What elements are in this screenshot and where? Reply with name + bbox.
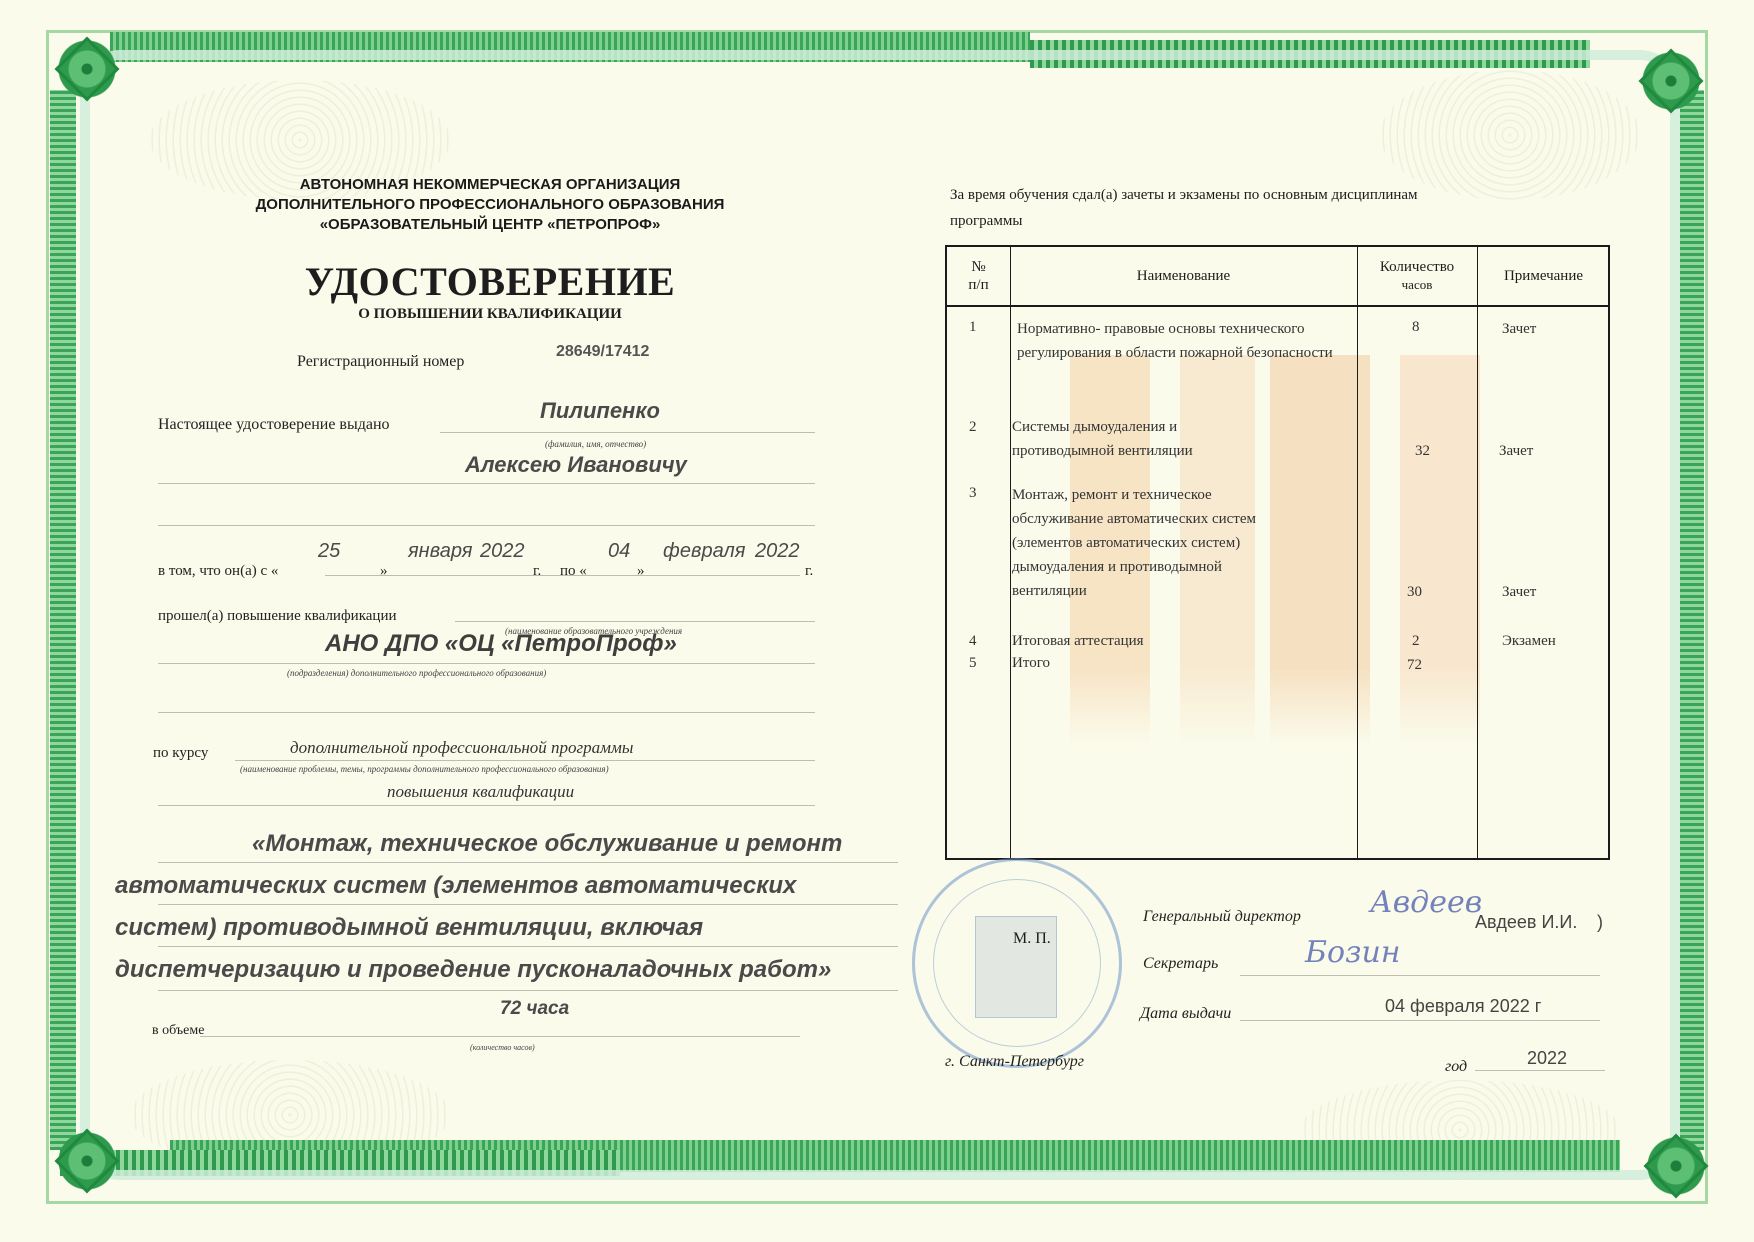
fill-line: [455, 621, 815, 622]
row-note: Экзамен: [1502, 629, 1556, 653]
row-note: Зачет: [1502, 317, 1536, 341]
quote-close: »: [637, 563, 645, 580]
course-hint: (наименование проблемы, темы, программы …: [240, 764, 609, 774]
course-title-line: систем) противодымной вентиляции, включа…: [115, 914, 905, 942]
year-value: 2022: [1527, 1048, 1567, 1069]
row-hours: 8: [1412, 315, 1420, 339]
course-type-line1: дополнительной профессиональной программ…: [290, 738, 633, 758]
institution-name: АНО ДПО «ОЦ «ПетроПроф»: [325, 630, 677, 658]
volume-value: 72 часа: [500, 998, 569, 1020]
exams-intro: За время обучения сдал(а) зачеты и экзам…: [950, 182, 1610, 234]
row-hours: 2: [1412, 629, 1420, 653]
certificate-page: АВТОНОМНАЯ НЕКОММЕРЧЕСКАЯ ОРГАНИЗАЦИЯ ДО…: [0, 0, 1754, 1242]
volume-hint: (количество часов): [470, 1043, 535, 1052]
row-name: Итоговая аттестация: [1012, 629, 1144, 653]
course-label: по курсу: [153, 745, 208, 762]
fill-line: [325, 575, 800, 576]
fill-line: [158, 663, 815, 664]
volume-label: в объеме: [152, 1023, 204, 1039]
city: г. Санкт-Петербург: [945, 1053, 1084, 1071]
row-name: Нормативно- правовые основы технического…: [1017, 317, 1347, 365]
official-stamp: [912, 858, 1122, 1068]
fill-line: [158, 862, 898, 863]
fill-line: [1475, 1070, 1605, 1071]
corner-star-icon: [56, 1130, 118, 1192]
document-subtitle: О ПОВЫШЕНИИ КВАЛИФИКАЦИИ: [180, 306, 800, 323]
fill-line: [158, 712, 815, 713]
registration-label: Регистрационный номер: [297, 353, 464, 371]
institution-hint-bottom: (подразделения) дополнительного професси…: [287, 668, 546, 678]
stamp-place-label: М. П.: [1013, 930, 1051, 948]
header-name: Наименование: [1010, 247, 1357, 305]
period-from-month: января: [408, 540, 472, 563]
period-from-year: 2022: [480, 540, 525, 563]
row-note: Зачет: [1499, 439, 1533, 463]
issued-to-label: Настоящее удостоверение выдано: [158, 416, 390, 434]
period-from-day: 25: [318, 540, 340, 563]
row-number: 2: [969, 415, 977, 439]
row-hours: 30: [1407, 580, 1422, 604]
fill-line: [235, 760, 815, 761]
exams-table: № п/п Наименование Количество часов Прим…: [945, 245, 1610, 860]
course-title-line: автоматических систем (элементов автомат…: [115, 872, 905, 900]
institution-label: прошел(а) повышение квалификации: [158, 608, 397, 625]
row-hours: 32: [1415, 439, 1430, 463]
header-number: № п/п: [947, 247, 1010, 305]
header-hours: Количество часов: [1357, 247, 1477, 305]
row-number: 4: [969, 629, 977, 653]
fill-line: [158, 904, 898, 905]
quote-close: »: [380, 563, 388, 580]
row-name: Системы дымоудаления и противодымной вен…: [1012, 415, 1272, 463]
corner-star-icon: [56, 38, 118, 100]
period-to-day: 04: [608, 540, 630, 563]
period-to-label: по «: [560, 563, 587, 580]
row-number: 1: [969, 315, 977, 339]
header-note: Примечание: [1477, 247, 1610, 305]
row-number: 5: [969, 651, 977, 675]
table-column-divider: [1010, 247, 1011, 858]
table-column-divider: [1477, 247, 1478, 858]
corner-star-icon: [1640, 50, 1702, 112]
corner-star-icon: [1645, 1135, 1707, 1197]
row-note: Зачет: [1502, 580, 1536, 604]
fill-line: [158, 805, 815, 806]
issue-date-label: Дата выдачи: [1140, 1005, 1231, 1023]
fill-line: [1240, 1020, 1600, 1021]
course-title-line: диспетчеризацию и проведение пусконаладо…: [115, 956, 905, 984]
organization-line: АВТОНОМНАЯ НЕКОММЕРЧЕСКАЯ ОРГАНИЗАЦИЯ: [180, 175, 800, 195]
fill-line: [200, 1036, 800, 1037]
organization-name: АВТОНОМНАЯ НЕКОММЕРЧЕСКАЯ ОРГАНИЗАЦИЯ ДО…: [180, 175, 800, 235]
secretary-label: Секретарь: [1143, 955, 1218, 973]
issue-date: 04 февраля 2022 г: [1385, 996, 1541, 1017]
fill-line: [440, 432, 815, 433]
year-suffix: г.: [805, 563, 813, 580]
fill-line: [158, 946, 898, 947]
border-band-left: [50, 90, 76, 1150]
year-label: год: [1445, 1058, 1467, 1076]
table-header-divider: [947, 305, 1608, 307]
period-to-month: февраля: [663, 540, 745, 563]
fill-line: [1240, 975, 1600, 976]
fill-line: [158, 525, 815, 526]
secretary-signature: Бозин: [1305, 935, 1401, 970]
fill-line: [158, 483, 815, 484]
row-name: Монтаж, ремонт и техническое обслуживани…: [1012, 483, 1282, 603]
organization-line: «ОБРАЗОВАТЕЛЬНЫЙ ЦЕНТР «ПЕТРОПРОФ»: [180, 215, 800, 235]
period-label: в том, что он(а) с «: [158, 563, 278, 580]
course-type-line2: повышения квалификации: [387, 782, 574, 802]
director-signature: Авдеев: [1370, 885, 1482, 920]
row-name: Итого: [1012, 651, 1050, 675]
organization-line: ДОПОЛНИТЕЛЬНОГО ПРОФЕССИОНАЛЬНОГО ОБРАЗО…: [180, 195, 800, 215]
recipient-name-patronymic: Алексею Ивановичу: [465, 452, 687, 478]
table-column-divider: [1357, 247, 1358, 858]
fill-line: [158, 990, 898, 991]
row-number: 3: [969, 481, 977, 505]
recipient-surname: Пилипенко: [540, 398, 660, 424]
document-title: УДОСТОВЕРЕНИЕ: [180, 258, 800, 305]
year-suffix: г.: [533, 563, 541, 580]
director-label: Генеральный директор: [1143, 908, 1301, 926]
row-hours: 72: [1407, 653, 1422, 677]
course-title-line: «Монтаж, техническое обслуживание и ремо…: [252, 830, 1042, 858]
period-to-year: 2022: [755, 540, 800, 563]
border-band-right: [1680, 90, 1704, 1150]
registration-number: 28649/17412: [556, 343, 649, 361]
name-hint: (фамилия, имя, отчество): [545, 439, 646, 449]
director-name: Авдеев И.И.: [1475, 912, 1577, 933]
director-paren: ): [1597, 912, 1603, 933]
